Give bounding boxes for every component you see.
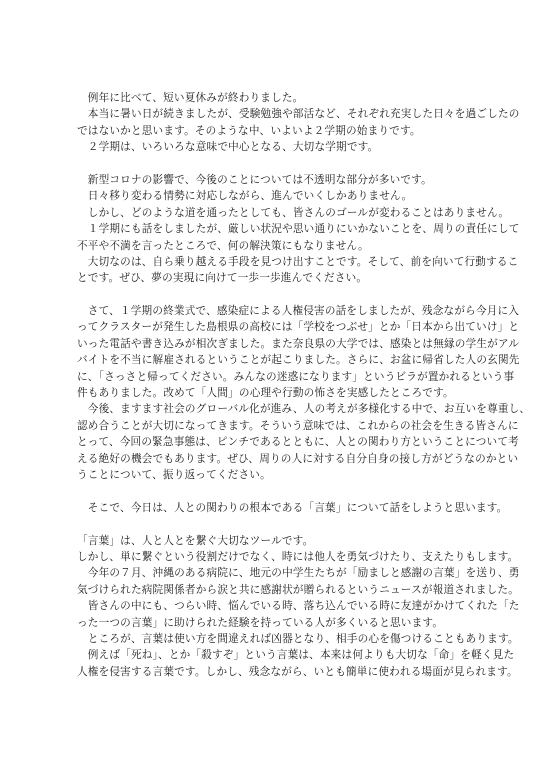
text-line: しかし、どのような道を通ったとしても、皆さんのゴールが変わることはありません。 <box>77 205 463 221</box>
text-line: 今後、ますます社会のグローバル化が進み、人の考えが多様化する中で、お互いを尊重し… <box>77 401 463 417</box>
text-line: 不平や不満を言ったところで、何の解決策にもなりません。 <box>77 238 463 254</box>
text-line: える絶好の機会でもあります。ぜひ、周りの人に対する自分自身の接し方がどうなのかと… <box>77 451 463 467</box>
text-line: った一つの言葉」に助けられた経験を持っている人が多くいると思います。 <box>77 615 463 631</box>
paragraph-spacer <box>77 156 463 172</box>
text-line: ってクラスターが発生した島根県の高校には「学校をつぶせ」とか「日本から出ていけ」… <box>77 319 463 335</box>
paragraph-spacer <box>77 287 463 303</box>
text-line: 気づけられた病院関係者から涙と共に感謝状が贈られるというニュースが報道されました… <box>77 582 463 598</box>
text-line: 新型コロナの影響で、今後のことについては不透明な部分が多いです。 <box>77 172 463 188</box>
text-line: 日々移り変わる情勢に対応しながら、進んでいくしかありません。 <box>77 188 463 204</box>
paragraph-covid-goals: 新型コロナの影響で、今後のことについては不透明な部分が多いです。 日々移り変わる… <box>77 172 463 287</box>
text-line: しかし、単に繋ぐという役割だけでなく、時には他人を勇気づけたり、支えたりもします… <box>77 549 463 565</box>
text-line: 人権を侵害する言葉です。しかし、残念ながら、いとも簡単に使われる場面が見られます… <box>77 664 463 680</box>
paragraph-spacer <box>77 483 463 499</box>
text-line: ２学期は、いろいろな意味で中心となる、大切な学期です。 <box>77 139 463 155</box>
text-line: 例年に比べて、短い夏休みが終わりました。 <box>77 90 463 106</box>
text-line: １学期にも話をしましたが、厳しい状況や思い通りにいかないことを、周りの責任にして <box>77 221 463 237</box>
text-line: ではないかと思います。そのような中、いよいよ２学期の始まりです。 <box>77 123 463 139</box>
text-line: 大切なのは、自ら乗り越える手段を見つけ出すことです。そして、前を向いて行動するこ <box>77 254 463 270</box>
text-line: バイトを不当に解雇されるということが起こりました。さらに、お盆に帰省した人の玄関… <box>77 352 463 368</box>
text-line: 皆さんの中にも、つらい時、悩んでいる時、落ち込んでいる時に友達がかけてくれた「た <box>77 598 463 614</box>
text-line: ところが、言葉は使い方を間違えれば凶器となり、相手の心を傷つけることもあります。 <box>77 631 463 647</box>
paragraph-spacer <box>77 516 463 532</box>
text-line: いった電話や書き込みが相次ぎました。また奈良県の大学では、感染とは無縁の学生がア… <box>77 336 463 352</box>
text-line: 認め合うことが大切になってきます。そういう意味では、これからの社会を生きる皆さん… <box>77 418 463 434</box>
paragraph-topic-intro: そこで、今日は、人との関わりの根本である「言葉」について話をしようと思います。 <box>77 500 463 516</box>
document-body: 例年に比べて、短い夏休みが終わりました。 本当に暑い日が続きましたが、受験勉強や… <box>77 90 463 680</box>
paragraph-summer-break: 例年に比べて、短い夏休みが終わりました。 本当に暑い日が続きましたが、受験勉強や… <box>77 90 463 156</box>
text-line: とです。ぜひ、夢の実現に向けて一歩一歩進んでください。 <box>77 270 463 286</box>
text-line: 今年の７月、沖縄のある病院に、地元の中学生たちが「励ましと感謝の言葉」を送り、勇 <box>77 565 463 581</box>
text-line: さて、１学期の終業式で、感染症による人権侵害の話をしましたが、残念ながら今月に入 <box>77 303 463 319</box>
text-line: 「言葉」は、人と人とを繋ぐ大切なツールです。 <box>77 533 463 549</box>
paragraph-words: 「言葉」は、人と人とを繋ぐ大切なツールです。 しかし、単に繋ぐという役割だけでな… <box>77 533 463 681</box>
text-line: そこで、今日は、人との関わりの根本である「言葉」について話をしようと思います。 <box>77 500 463 516</box>
text-line: とって、今回の緊急事態は、ピンチであるとともに、人との関わり方ということについて… <box>77 434 463 450</box>
text-line: うことについて、振り返ってください。 <box>77 467 463 483</box>
text-line: 本当に暑い日が続きましたが、受験勉強や部活など、それぞれ充実した日々を過ごしたの <box>77 106 463 122</box>
text-line: 例えば「死ね」、とか「殺すぞ」という言葉は、本来は何よりも大切な「命」を軽く見た <box>77 647 463 663</box>
text-line: に、「さっさと帰ってください。みんなの迷惑になります」というビラが置かれるという… <box>77 369 463 385</box>
paragraph-human-rights: さて、１学期の終業式で、感染症による人権侵害の話をしましたが、残念ながら今月に入… <box>77 303 463 483</box>
text-line: 件もありました。改めて「人間」の心理や行動の怖さを実感したところです。 <box>77 385 463 401</box>
document-page: 例年に比べて、短い夏休みが終わりました。 本当に暑い日が続きましたが、受験勉強や… <box>0 0 543 768</box>
